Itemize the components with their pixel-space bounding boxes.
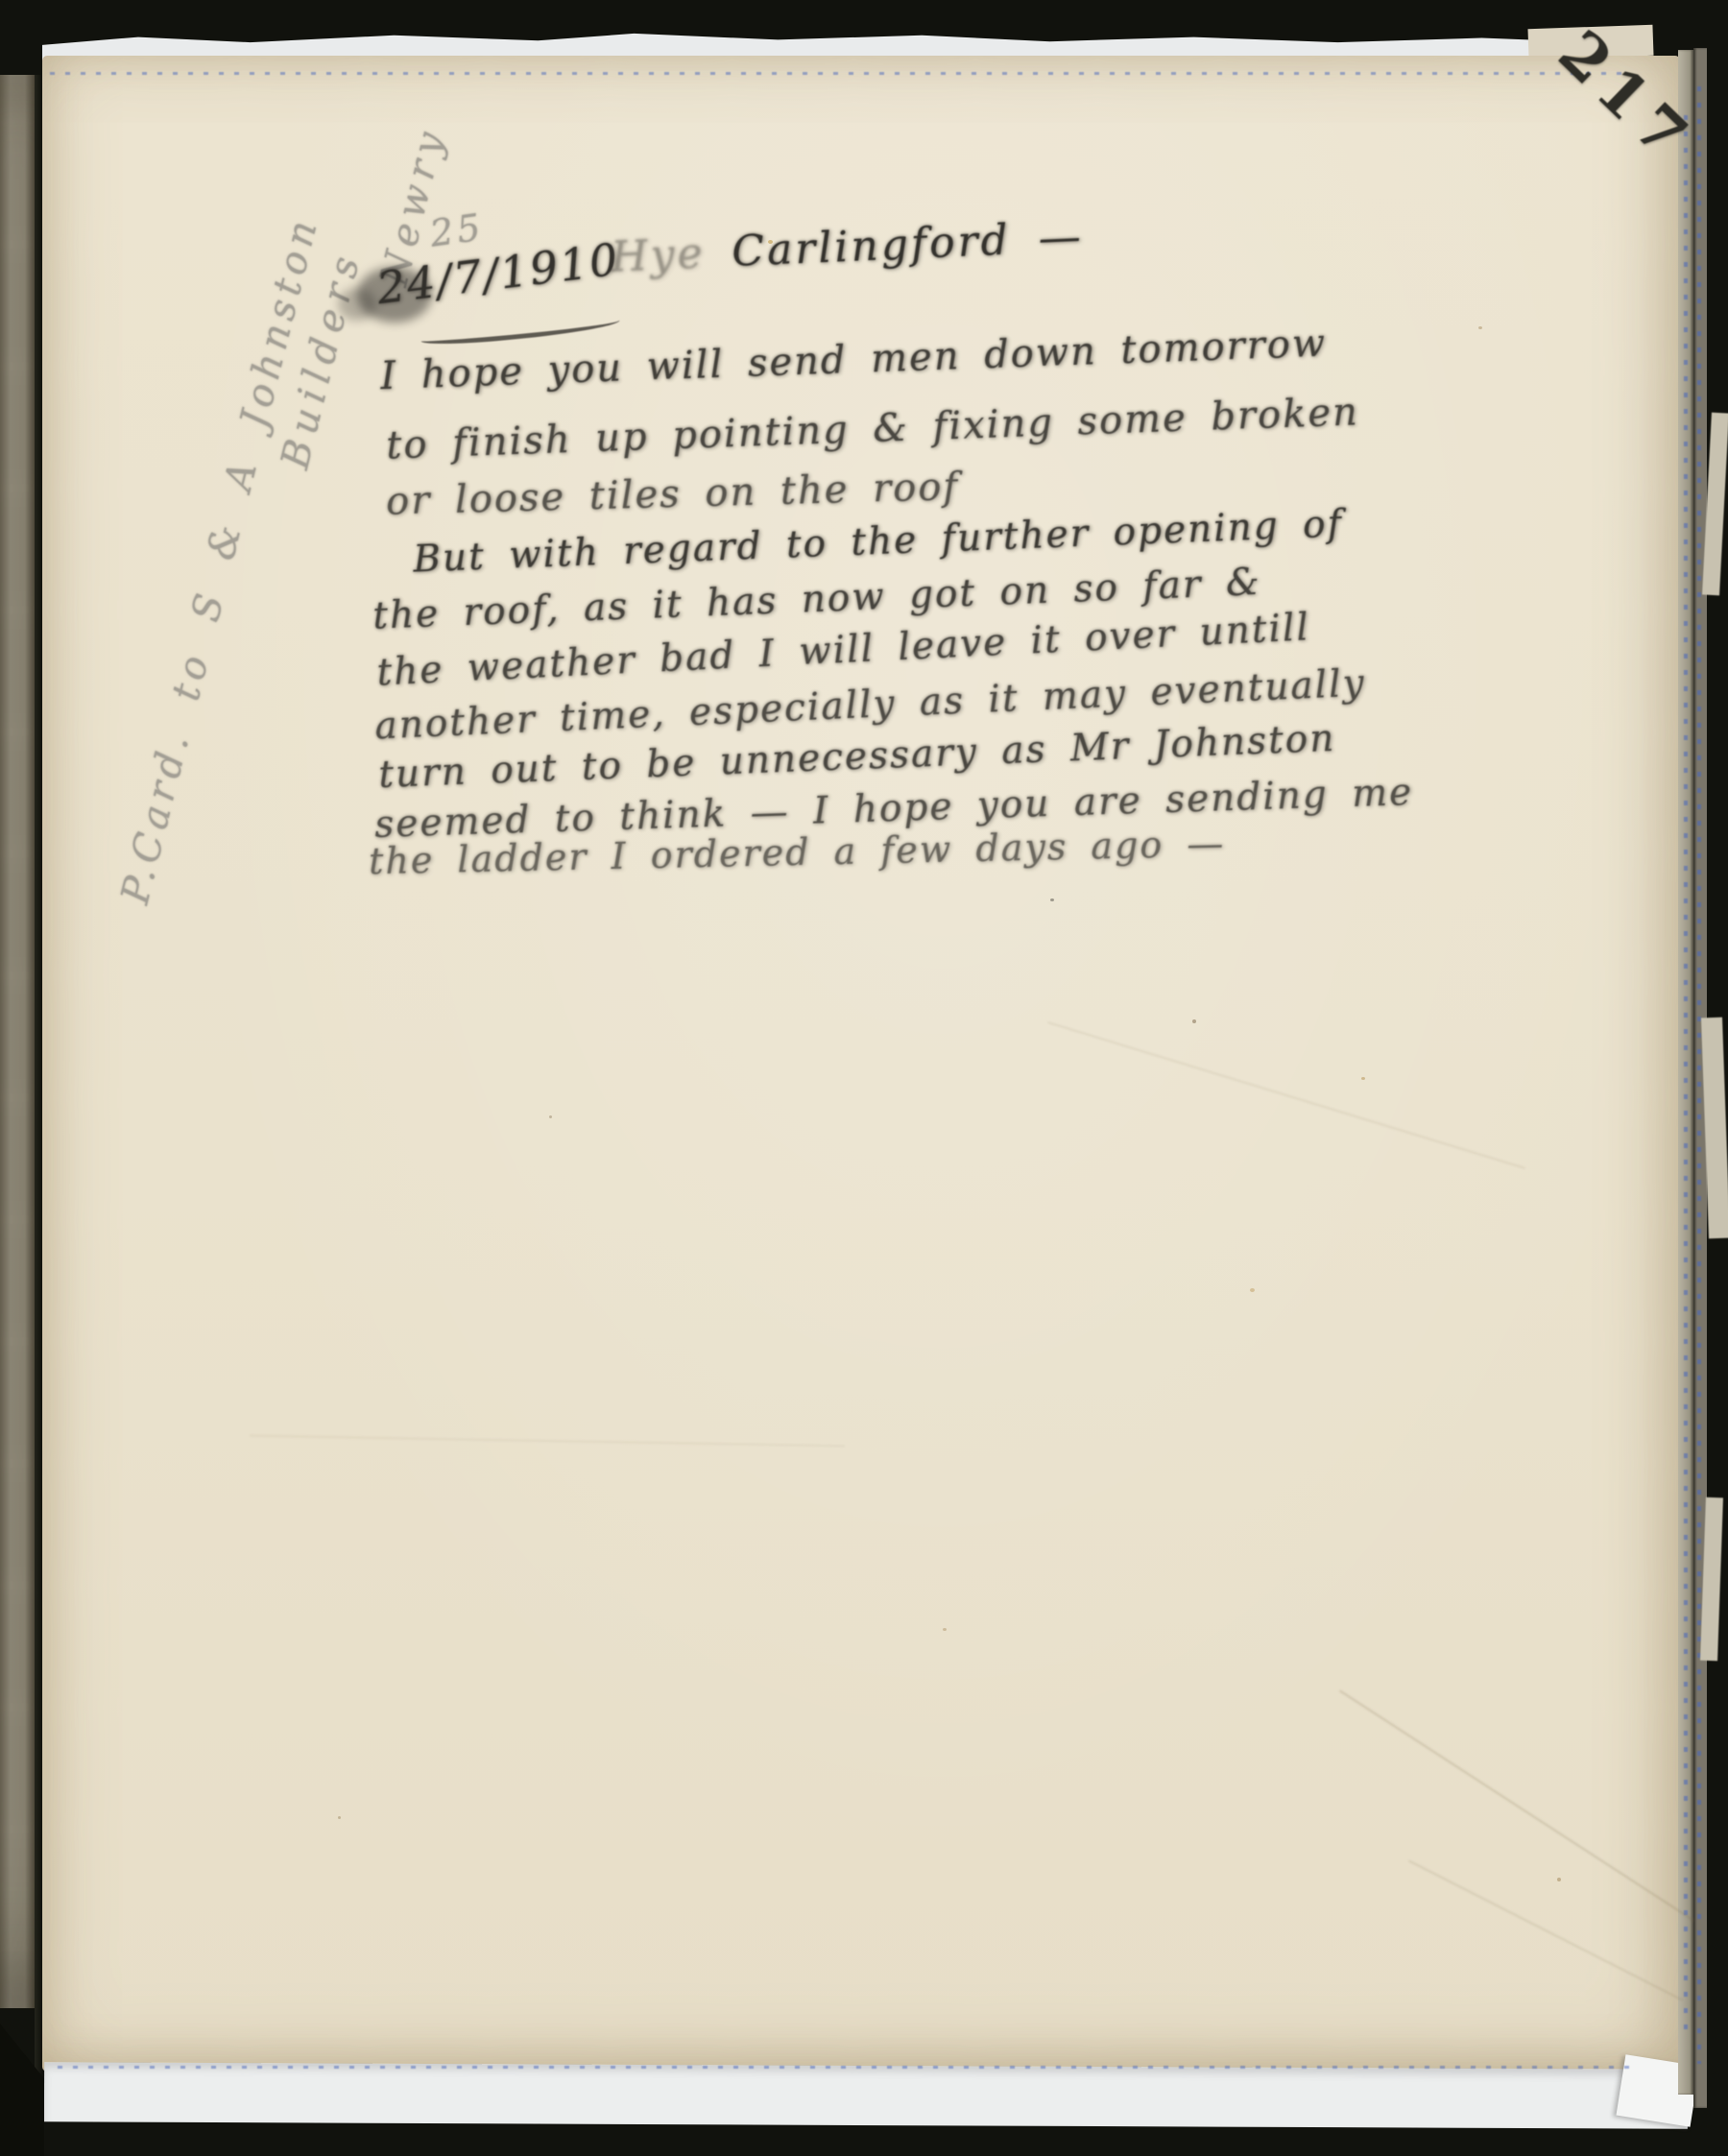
blue-edge-speckle <box>1684 115 1688 2035</box>
ink-smudge <box>338 288 376 321</box>
paper-speck <box>1361 1077 1365 1080</box>
paper-speck <box>1250 1288 1255 1292</box>
paper-speck <box>1478 326 1482 329</box>
paper-speck <box>1192 1019 1196 1023</box>
tissue-page-edge-bottom <box>44 2062 1688 2128</box>
pencil-date-correction: 25 <box>427 205 487 254</box>
paper-speck <box>943 1628 947 1631</box>
blue-rule-line-top <box>50 72 1624 75</box>
letterbook-scan: 217 P.Card. to S & A Johnston Builders N… <box>0 0 1728 2156</box>
blue-edge-speckle <box>1697 86 1701 2064</box>
paper-speck <box>768 240 773 244</box>
paper-speck <box>1050 898 1054 901</box>
heading-faded-word: Hye <box>610 228 706 281</box>
blue-rule-line-bottom <box>58 2066 1632 2069</box>
paper-speck <box>338 1816 341 1819</box>
previous-page-edge <box>0 75 35 2008</box>
paper-speck <box>549 1115 552 1118</box>
paper-speck <box>1557 1878 1561 1881</box>
